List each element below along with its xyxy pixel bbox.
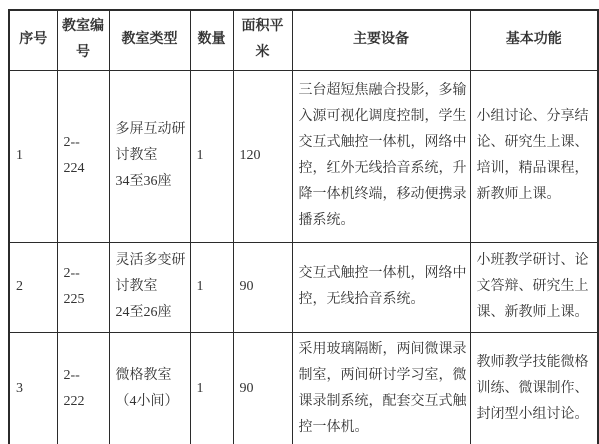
cell-room-no: 2-- 225 [57, 242, 109, 332]
cell-type: 微格教室 （4小间） [109, 332, 190, 444]
table-row-3: 3 2-- 222 微格教室 （4小间） 1 90 采用玻璃隔断，两间微课录制室… [9, 332, 598, 444]
header-room-no: 教室编号 [57, 10, 109, 70]
classroom-table: 序号 教室编号 教室类型 数量 面积平米 主要设备 基本功能 1 2-- 224… [8, 9, 599, 444]
cell-type: 灵活多变研讨教室 24至26座 [109, 242, 190, 332]
header-area: 面积平米 [233, 10, 292, 70]
cell-qty: 1 [190, 242, 233, 332]
cell-room-no: 2-- 222 [57, 332, 109, 444]
cell-qty: 1 [190, 332, 233, 444]
table-row-1: 1 2-- 224 多屏互动研讨教室 34至36座 1 120 三台超短焦融合投… [9, 70, 598, 242]
header-functions: 基本功能 [470, 10, 598, 70]
cell-functions: 小班教学研讨、论文答辩、研究生上课、新教师上课。 [470, 242, 598, 332]
cell-index: 1 [9, 70, 57, 242]
document-page: 序号 教室编号 教室类型 数量 面积平米 主要设备 基本功能 1 2-- 224… [0, 0, 599, 444]
cell-index: 2 [9, 242, 57, 332]
cell-index: 3 [9, 332, 57, 444]
cell-functions: 小组讨论、分享结论、研究生上课、培训，精品课程，新教师上课。 [470, 70, 598, 242]
cell-functions: 教师教学技能微格训练、微课制作、封闭型小组讨论。 [470, 332, 598, 444]
cell-equipment: 交互式触控一体机，网络中控，无线拾音系统。 [292, 242, 470, 332]
cell-qty: 1 [190, 70, 233, 242]
cell-area: 90 [233, 332, 292, 444]
cell-area: 120 [233, 70, 292, 242]
table-header-row: 序号 教室编号 教室类型 数量 面积平米 主要设备 基本功能 [9, 10, 598, 70]
table-row-2: 2 2-- 225 灵活多变研讨教室 24至26座 1 90 交互式触控一体机，… [9, 242, 598, 332]
header-equipment: 主要设备 [292, 10, 470, 70]
header-qty: 数量 [190, 10, 233, 70]
cell-type: 多屏互动研讨教室 34至36座 [109, 70, 190, 242]
cell-equipment: 采用玻璃隔断，两间微课录制室，两间研讨学习室，微课录制系统，配套交互式触控一体机… [292, 332, 470, 444]
header-index: 序号 [9, 10, 57, 70]
cell-equipment: 三台超短焦融合投影，多输入源可视化调度控制，学生交互式触控一体机，网络中控，红外… [292, 70, 470, 242]
header-type: 教室类型 [109, 10, 190, 70]
cell-room-no: 2-- 224 [57, 70, 109, 242]
cell-area: 90 [233, 242, 292, 332]
